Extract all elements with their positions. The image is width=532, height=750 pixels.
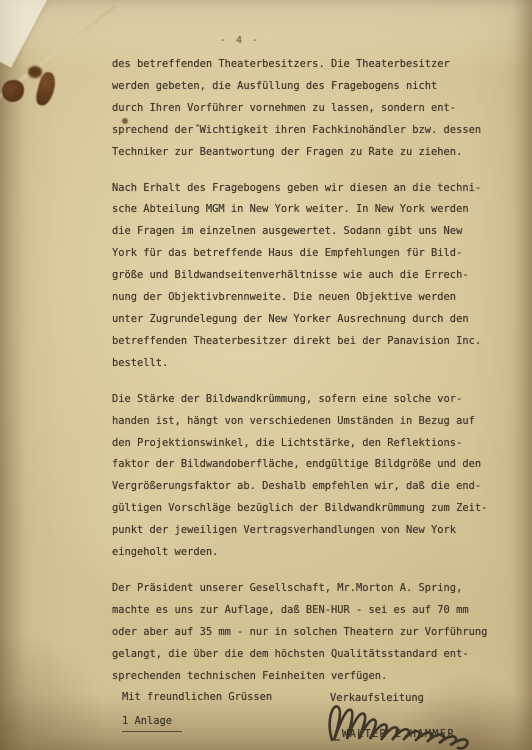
paragraph: Nach Erhalt des Fragebogens geben wir di… <box>112 178 504 375</box>
letter-body: des betreffenden Theaterbesitzers. Die T… <box>112 54 504 732</box>
signature-block: Verkaufsleitung WALTER E.HAMMER <box>330 692 515 704</box>
ink-stain <box>28 66 42 78</box>
stray-mark <box>331 739 340 741</box>
signer-name: WALTER E.HAMMER <box>342 729 455 740</box>
scanned-letter-page: - 4 - des betreffenden Theaterbesitzers.… <box>0 0 532 750</box>
paragraph: Der Präsident unserer Gesellschaft, Mr.M… <box>112 578 504 688</box>
paragraph: Die Stärke der Bildwandkrümmung, sofern … <box>112 389 504 564</box>
tape-remnant <box>0 0 48 68</box>
paragraph: des betreffenden Theaterbesitzers. Die T… <box>112 54 504 164</box>
page-number: - 4 - <box>190 35 290 46</box>
handwritten-signature <box>324 698 492 750</box>
enclosure-note: 1 Anlage <box>122 711 182 732</box>
ink-stain <box>2 80 24 102</box>
